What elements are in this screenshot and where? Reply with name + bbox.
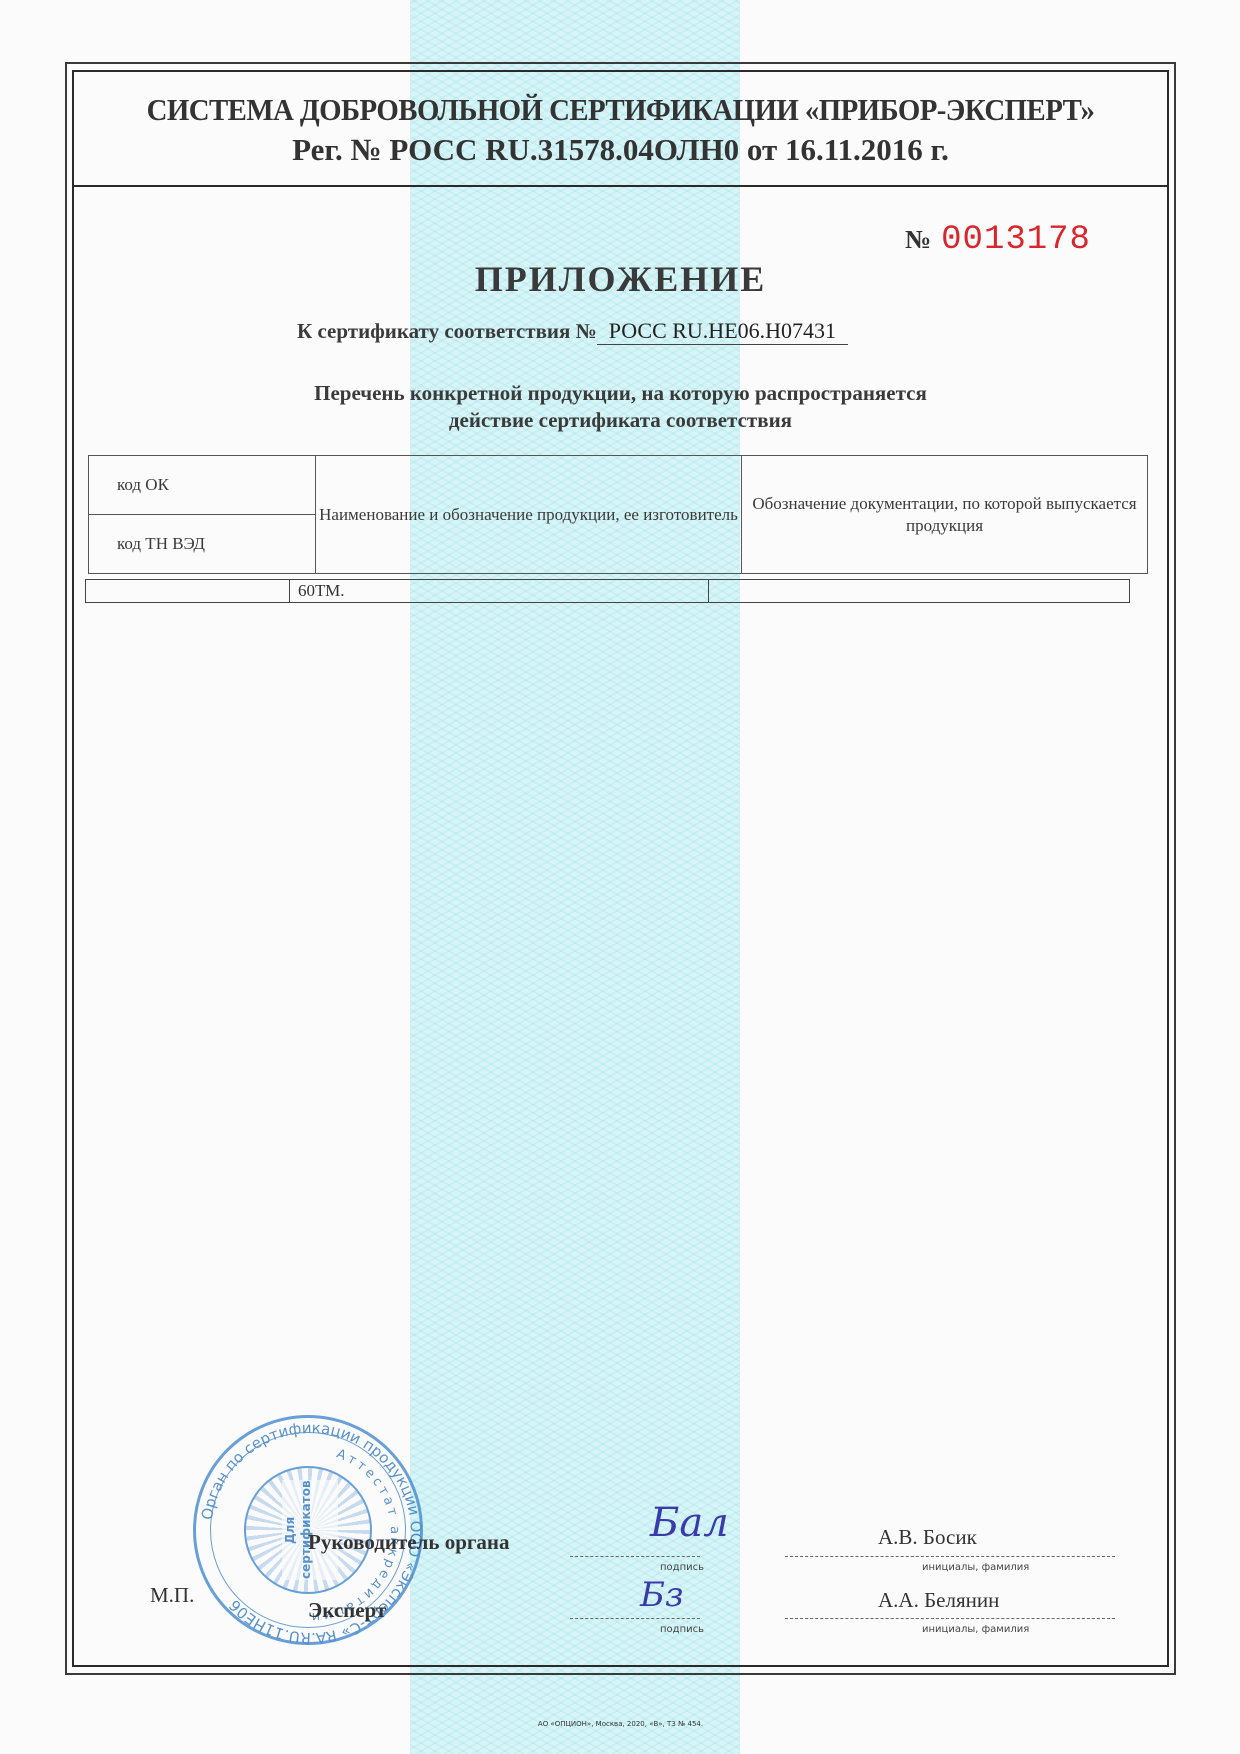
product-list-title: Перечень конкретной продукции, на котору… [72,380,1169,434]
stamp-place-label: М.П. [150,1583,194,1608]
expert-signature-caption: подпись [660,1624,704,1635]
expert-name-line [785,1618,1115,1619]
head-name-line [785,1556,1115,1557]
certificate-label: К сертификату соответствия № [297,319,597,343]
header-documentation: Обозначение документации, по которой вып… [742,456,1148,574]
header-product-name: Наименование и обозначение продукции, ее… [316,456,742,574]
expert-signature-line [570,1618,700,1619]
expert-role-label: Эксперт [308,1598,386,1623]
head-signature: Бал [650,1500,729,1546]
header-code-ok: код ОК [89,456,316,515]
head-name-caption: инициалы, фамилия [922,1562,1029,1573]
expert-signature: Бз [640,1575,684,1615]
serial-value: 0013178 [941,221,1091,259]
expert-name: А.А. Белянин [878,1588,999,1613]
head-role-label: Руководитель органа [308,1530,510,1555]
head-signature-caption: подпись [660,1562,704,1573]
expert-name-caption: инициалы, фамилия [922,1624,1029,1635]
header-code-tnved: код ТН ВЭД [89,515,316,574]
cell-documentation [709,580,1130,603]
product-table-body: 60ТМ. [85,579,1130,603]
product-list-title-line1: Перечень конкретной продукции, на котору… [72,380,1169,407]
cell-code [86,580,290,603]
form-serial-number: №0013178 [905,218,1091,259]
system-name: СИСТЕМА ДОБРОВОЛЬНОЙ СЕРТИФИКАЦИИ «ПРИБО… [110,92,1130,128]
head-signature-line [570,1556,700,1557]
product-list-title-line2: действие сертификата соответствия [72,407,1169,434]
header-divider [72,185,1169,187]
page-title: ПРИЛОЖЕНИЕ [72,258,1169,300]
certificate-reference: К сертификату соответствия №РОСС RU.НЕ06… [297,318,848,345]
table-row: 60ТМ. [86,580,1130,603]
registration-number: Рег. № РОСС RU.31578.04ОЛН0 от 16.11.201… [72,132,1169,168]
number-sign: № [905,225,931,254]
cell-product: 60ТМ. [290,580,709,603]
printer-imprint: АО «ОПЦИОН», Москва, 2020, «В», ТЗ № 454… [72,1720,1169,1728]
head-name: А.В. Босик [878,1525,977,1550]
product-table-header: код ОК Наименование и обозначение продук… [88,455,1148,574]
certificate-number: РОСС RU.НЕ06.Н07431 [597,318,848,345]
